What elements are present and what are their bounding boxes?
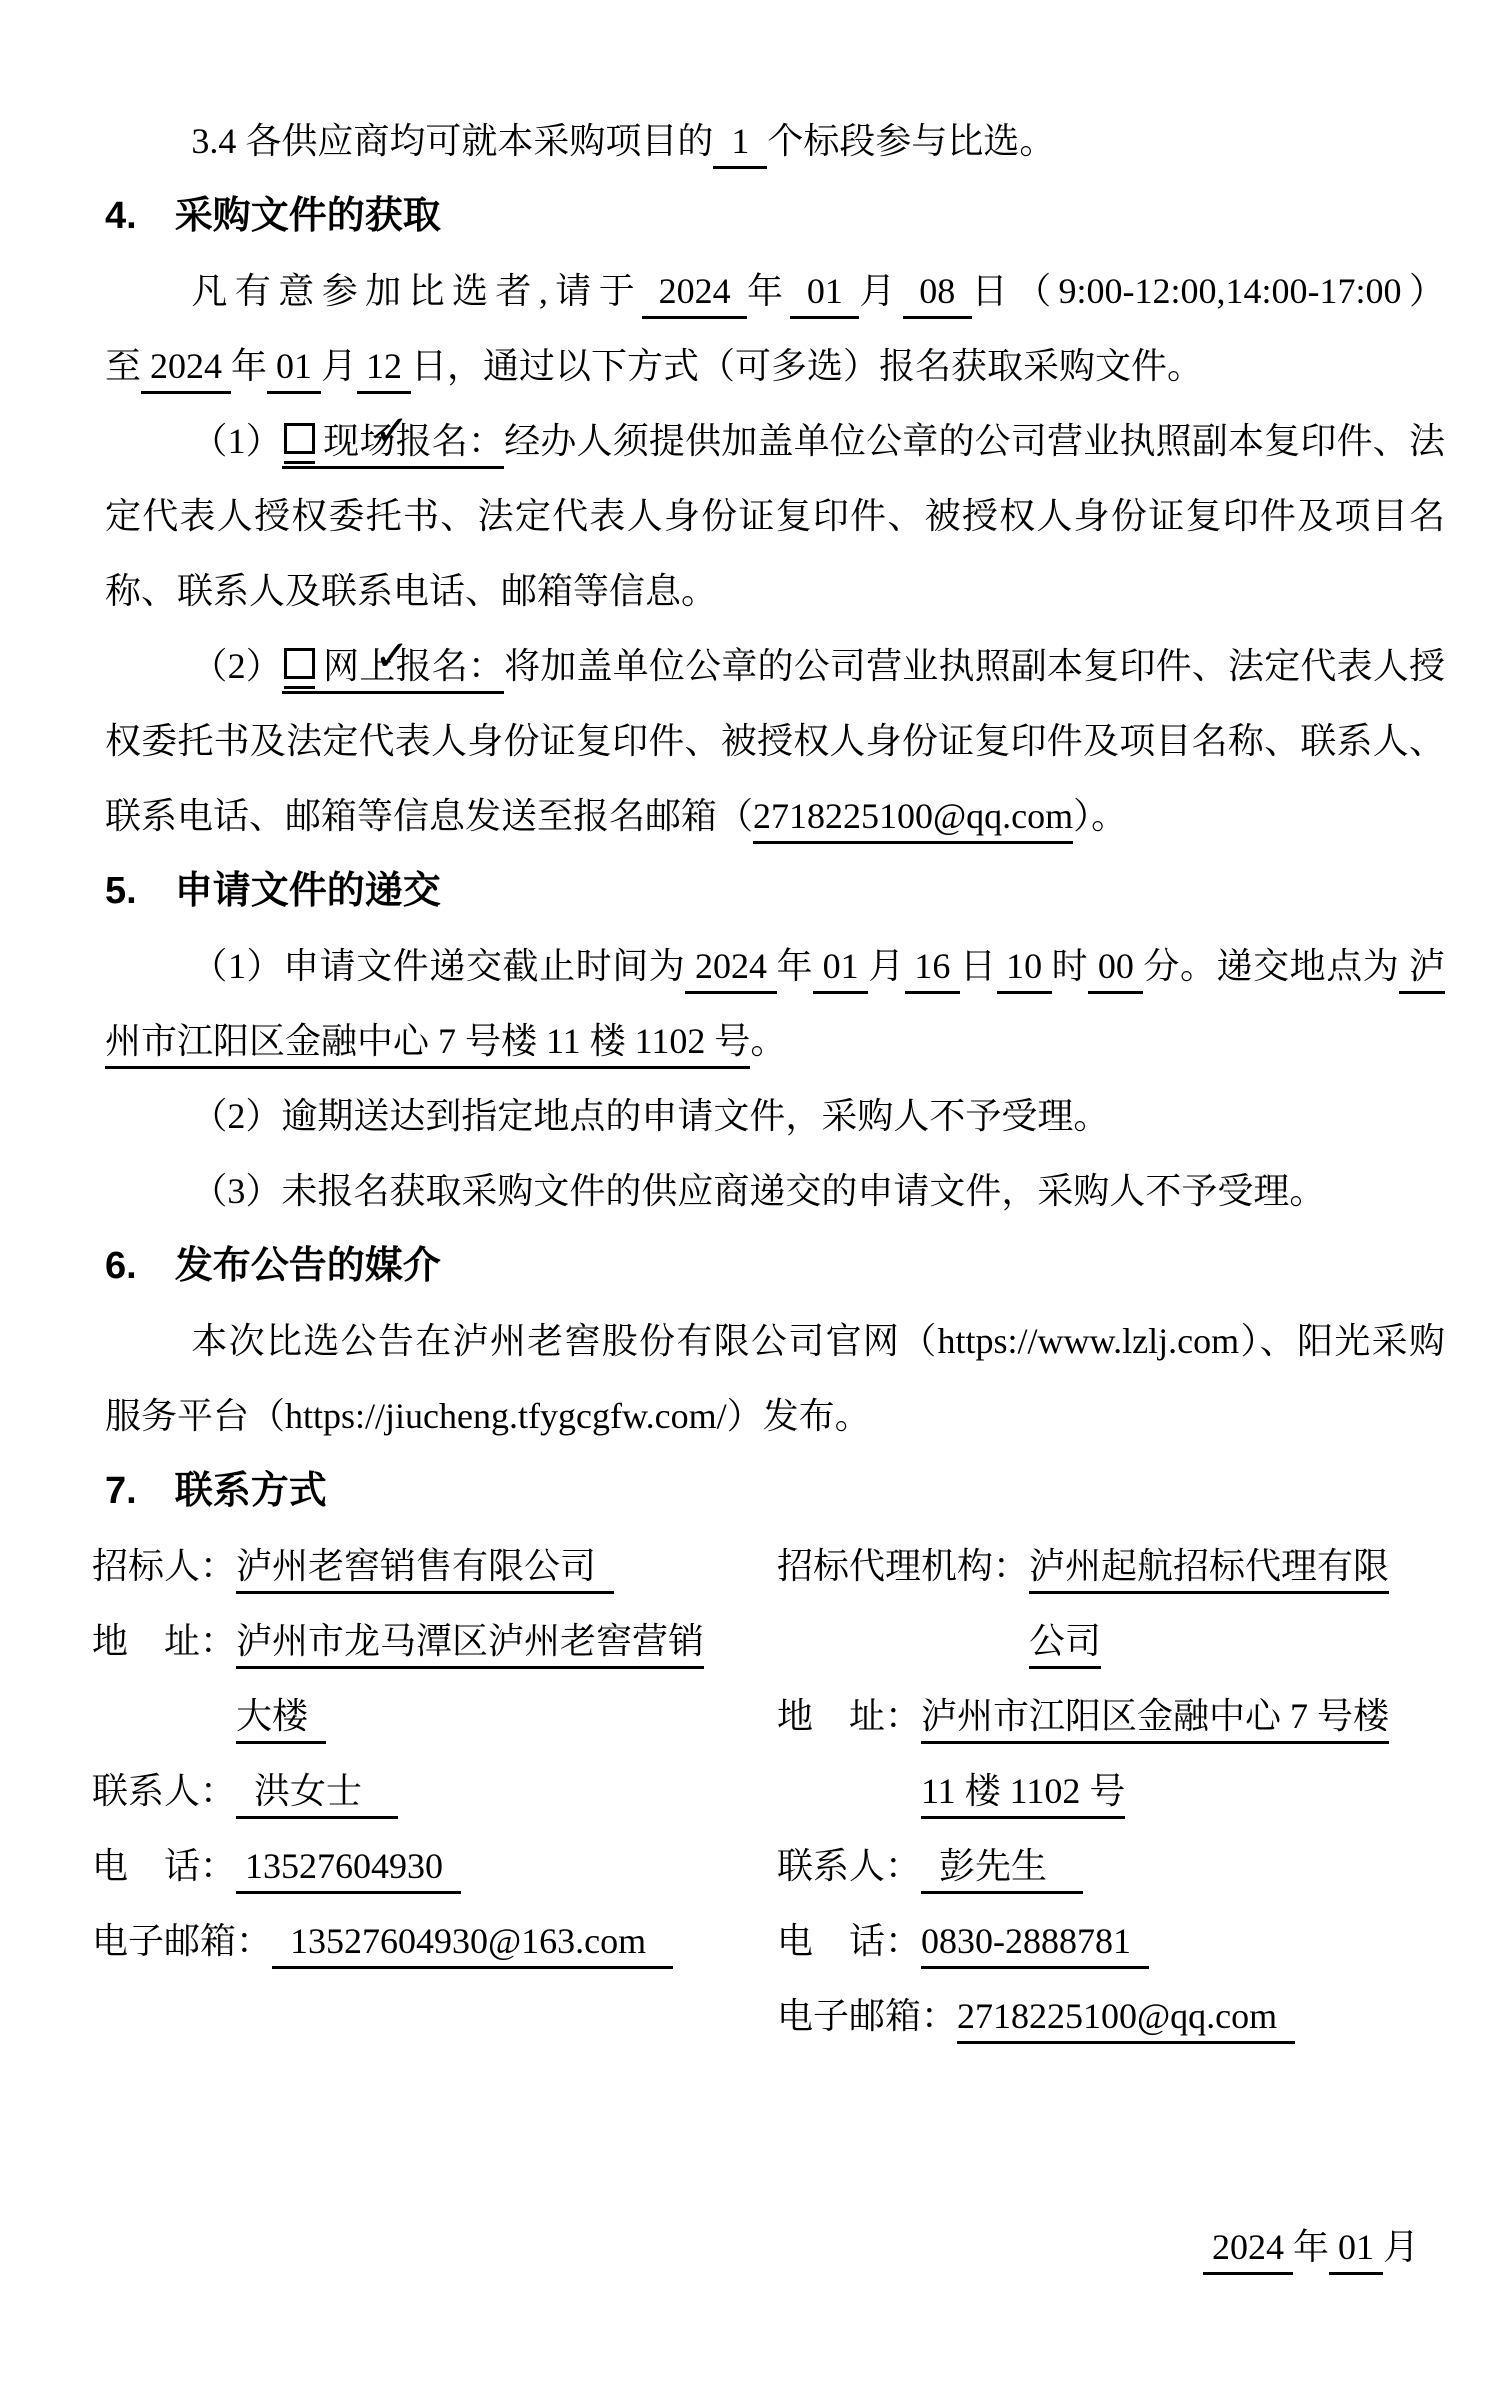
text: 月: [1383, 2227, 1419, 2267]
text: 3.4 各供应商均可就本采购项目的: [191, 121, 713, 161]
agency-email: 2718225100@qq.com: [957, 1996, 1295, 2044]
section-4-paragraph: 凡有意参加比选者,请于 2024 年 01 月 08 日（9:00-12:00,…: [105, 254, 1445, 404]
email-label: 电子邮箱：: [92, 1904, 272, 1979]
tenderer-contact-row: 联系人： 洪女士: [92, 1754, 742, 1829]
text: （1）申请文件递交截止时间为: [191, 946, 685, 986]
tenderer-address-line1: 泸州市龙马潭区泸州老窖营销: [236, 1621, 704, 1661]
registration-option-onsite: （1）现场报名：经办人须提供加盖单位公章的公司营业执照副本复印件、法定代表人授权…: [105, 404, 1445, 629]
tenderer-column: 招标人： 泸州老窖销售有限公司 地 址： 泸州市龙马潭区泸州老窖营销大楼 联系人…: [92, 1529, 742, 2054]
filled-blank-year: 2024: [642, 271, 747, 319]
text: 分。递交地点为: [1143, 946, 1399, 986]
text: 年: [1293, 2227, 1329, 2267]
tenderer-label: 招标人：: [92, 1529, 236, 1604]
filled-blank-month: 01: [813, 946, 868, 994]
contact-table: 招标人： 泸州老窖销售有限公司 地 址： 泸州市龙马潭区泸州老窖营销大楼 联系人…: [92, 1529, 1445, 2054]
agency-email-row: 电子邮箱： 2718225100@qq.com: [777, 1979, 1445, 2054]
email-label: 电子邮箱：: [777, 1979, 957, 2054]
filled-blank-day: 12: [357, 346, 411, 394]
agency-column: 招标代理机构： 泸州起航招标代理有限公司 地 址： 泸州市江阳区金融中心 7 号…: [777, 1529, 1445, 2054]
registration-option-online: （2）网上报名：将加盖单位公章的公司营业执照副本复印件、法定代表人授权委托书及法…: [105, 629, 1445, 854]
text: 时: [1052, 946, 1089, 986]
item-number: （2）: [191, 646, 282, 686]
agency-phone-row: 电 话： 0830-2888781: [777, 1904, 1445, 1979]
footer-month: 01: [1329, 2227, 1383, 2275]
agency-address-line1: 泸州市江阳区金融中心 7 号楼: [921, 1696, 1389, 1736]
document-page: 3.4 各供应商均可就本采购项目的 1 个标段参与比选。 4. 采购文件的获取 …: [0, 0, 1500, 2393]
section-5-heading: 5. 申请文件的递交: [105, 854, 1445, 929]
phone-label: 电 话：: [777, 1904, 921, 1979]
phone-label: 电 话：: [92, 1829, 236, 1904]
agency-row: 招标代理机构： 泸州起航招标代理有限公司: [777, 1529, 1445, 1679]
unregistered-supplier-clause: （3）未报名获取采购文件的供应商递交的申请文件，采购人不予受理。: [105, 1154, 1445, 1229]
section-7-heading: 7. 联系方式: [105, 1454, 1445, 1529]
tenderer-name: 泸州老窖销售有限公司: [236, 1546, 614, 1594]
agency-contact-person: 彭先生: [921, 1846, 1083, 1894]
filled-blank-hour: 10: [997, 946, 1052, 994]
late-delivery-clause: （2）逾期送达到指定地点的申请文件，采购人不予受理。: [105, 1079, 1445, 1154]
text: 。: [750, 1021, 786, 1061]
announcement-media-paragraph: 本次比选公告在泸州老窖股份有限公司官网（https://www.lzlj.com…: [105, 1304, 1445, 1454]
address-label: 地 址：: [777, 1679, 921, 1829]
tenderer-email-row: 电子邮箱： 13527604930@163.com: [92, 1904, 742, 1979]
tenderer-row: 招标人： 泸州老窖销售有限公司: [92, 1529, 742, 1604]
text: 年: [231, 346, 267, 386]
contact-person-label: 联系人：: [92, 1754, 236, 1829]
section-4-heading: 4. 采购文件的获取: [105, 179, 1445, 254]
filled-blank-month: 01: [790, 271, 859, 319]
agency-label: 招标代理机构：: [777, 1529, 1029, 1679]
tenderer-contact-person: 洪女士: [236, 1771, 398, 1819]
filled-blank-year: 2024: [685, 946, 776, 994]
text: 年: [747, 271, 790, 311]
agency-address-line2: 11 楼 1102 号: [921, 1771, 1125, 1811]
checkbox-checked-icon: [284, 423, 315, 454]
filled-blank-year: 2024: [141, 346, 231, 394]
filled-blank-month: 01: [267, 346, 321, 394]
tenderer-phone-row: 电 话： 13527604930: [92, 1829, 742, 1904]
checkbox-checked-icon: [284, 648, 315, 679]
paragraph-3-4: 3.4 各供应商均可就本采购项目的 1 个标段参与比选。: [105, 104, 1445, 179]
tenderer-address-line2: 大楼: [236, 1696, 326, 1736]
address-label: 地 址：: [92, 1604, 236, 1754]
submission-deadline-paragraph: （1）申请文件递交截止时间为 2024 年 01 月 16 日 10 时 00 …: [105, 929, 1445, 1079]
text: ）。: [1073, 796, 1127, 836]
filled-blank-day: 16: [905, 946, 960, 994]
text: 年: [777, 946, 814, 986]
text: 月: [321, 346, 357, 386]
agency-name-line2: 公司: [1029, 1621, 1101, 1661]
filled-blank-lot-count: 1: [713, 121, 767, 169]
agency-address-row: 地 址： 泸州市江阳区金融中心 7 号楼11 楼 1102 号: [777, 1679, 1445, 1829]
text: 日: [960, 946, 997, 986]
text: 个标段参与比选。: [767, 121, 1055, 161]
item-number: （1）: [191, 421, 282, 461]
footer-year: 2024: [1203, 2227, 1293, 2275]
agency-name-line1: 泸州起航招标代理有限: [1029, 1546, 1389, 1586]
contact-person-label: 联系人：: [777, 1829, 921, 1904]
document-date: 2024 年 01 月: [105, 2210, 1445, 2285]
section-6-heading: 6. 发布公告的媒介: [105, 1229, 1445, 1304]
registration-email: 2718225100@qq.com: [753, 796, 1073, 844]
tenderer-phone: 13527604930: [236, 1846, 461, 1894]
agency-phone: 0830-2888781: [921, 1921, 1149, 1969]
text: 日，通过以下方式（可多选）报名获取采购文件。: [411, 346, 1203, 386]
text: 月: [859, 271, 902, 311]
text: 凡有意参加比选者,请于: [191, 271, 642, 311]
agency-contact-row: 联系人： 彭先生: [777, 1829, 1445, 1904]
filled-blank-minute: 00: [1088, 946, 1143, 994]
filled-blank-day: 08: [903, 271, 972, 319]
text: 月: [868, 946, 905, 986]
tenderer-address-row: 地 址： 泸州市龙马潭区泸州老窖营销大楼: [92, 1604, 742, 1754]
tenderer-email: 13527604930@163.com: [272, 1921, 673, 1969]
